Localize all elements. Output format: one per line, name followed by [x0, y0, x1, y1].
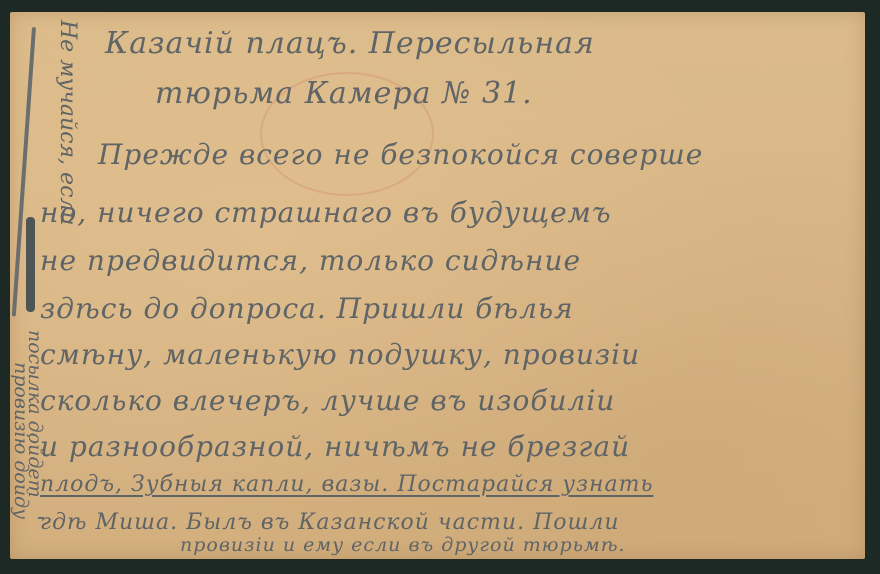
text-line-4: но, ничего страшнаго въ будущемъ: [40, 196, 612, 229]
text-line-9: и разнообразной, ничѣмъ не брезгай: [40, 430, 630, 463]
postcard: Не мучайся, если посылка дойдет провизію…: [10, 12, 865, 559]
text-line-6: здѣсь до допроса. Пришли бѣлья: [40, 292, 574, 325]
margin-note-1: Не мучайся, если: [55, 20, 80, 226]
margin-note-3: провизію дойду: [10, 362, 32, 519]
text-line-2: тюрьма Камера № 31.: [155, 76, 533, 111]
text-line-5: не предвидится, только сидѣние: [40, 244, 581, 277]
text-line-12: провизіи и ему если въ другой тюрьмѣ.: [180, 534, 626, 556]
text-line-3: Прежде всего не безпокойся соверше: [98, 138, 703, 171]
text-line-7: смѣну, маленькую подушку, провизіи: [40, 338, 640, 371]
text-line-8: сколько влечеръ, лучше въ изобиліи: [40, 384, 615, 417]
line-3-text: Прежде всего не безпокойся соверше: [98, 138, 703, 171]
margin-ink-blot: [26, 217, 35, 312]
text-line-1: Казачій плацъ. Пересыльная: [105, 26, 595, 61]
text-line-10: плодъ, Зубныя капли, вазы. Постарайся уз…: [40, 472, 653, 497]
text-line-11: гдѣ Миша. Былъ въ Казанской части. Пошли: [40, 510, 620, 535]
